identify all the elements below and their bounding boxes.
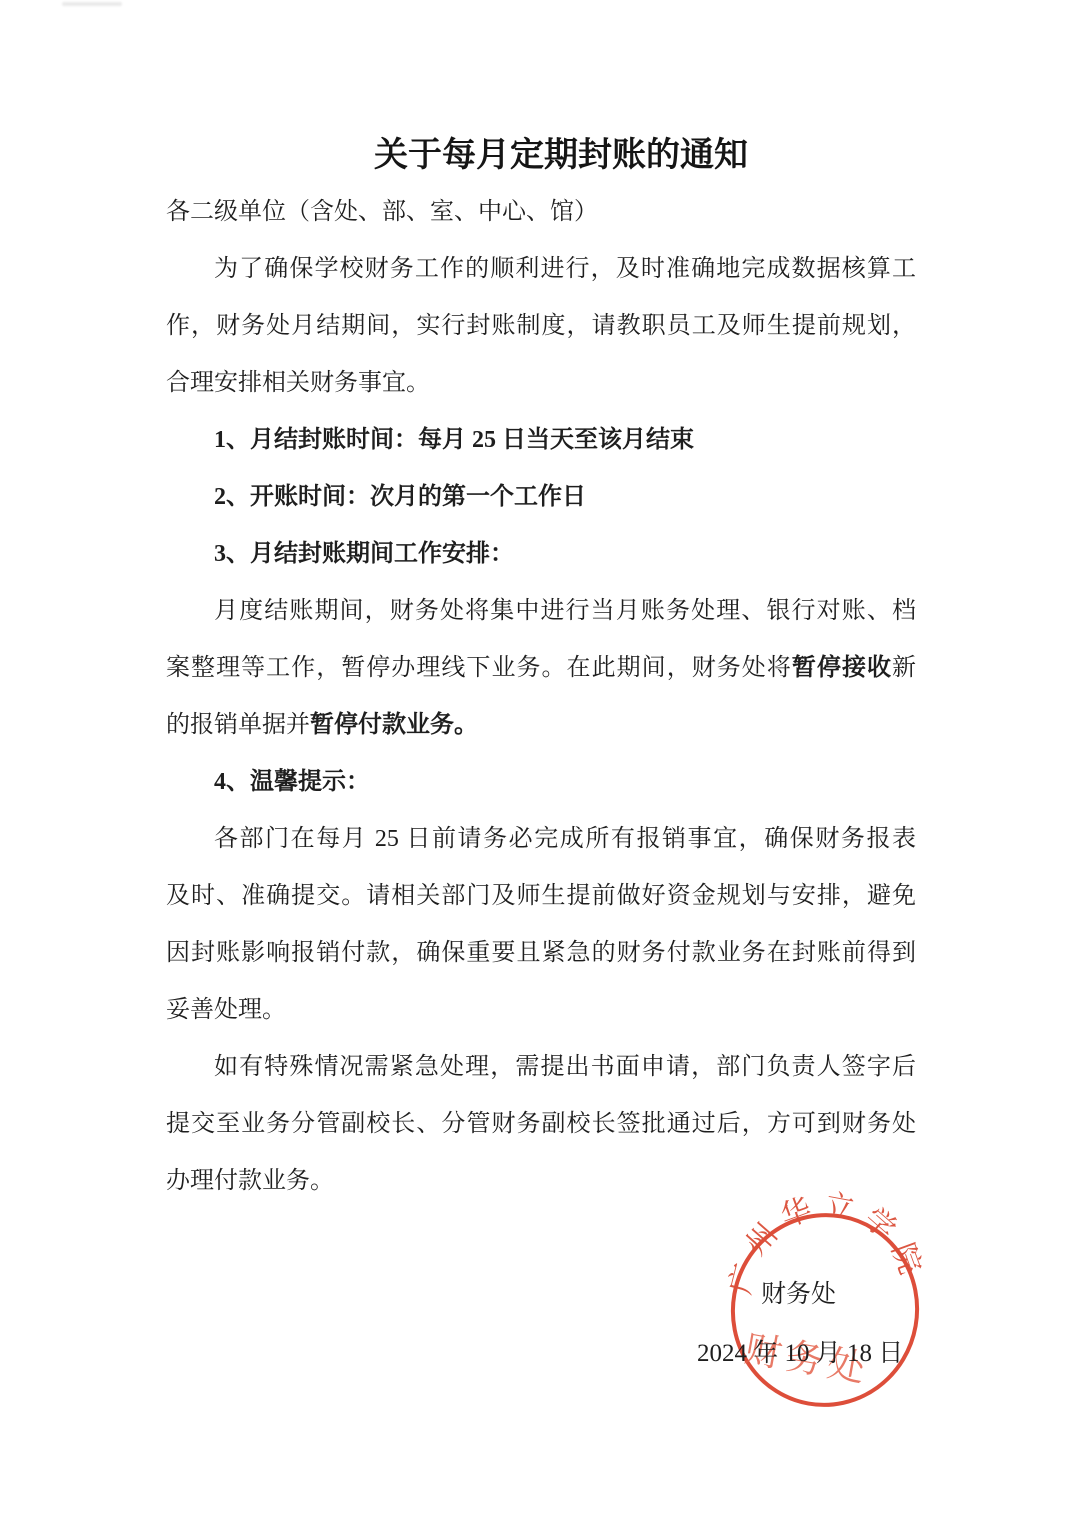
body-line: 妥善处理。 xyxy=(166,982,916,1039)
body-line: 的报销单据并暂停付款业务。 xyxy=(166,697,916,754)
body-text: 新 xyxy=(892,655,916,681)
salutation-line: 各二级单位（含处、部、室、中心、馆） xyxy=(166,184,916,241)
body-line: 及时、准确提交。请相关部门及师生提前做好资金规划与安排，避免 xyxy=(166,868,916,925)
document-page: 关于每月定期封账的通知 各二级单位（含处、部、室、中心、馆） 为了确保学校财务工… xyxy=(0,0,1080,1528)
body-text: 案整理等工作，暂停办理线下业务。在此期间，财务处将 xyxy=(166,655,792,681)
body-line: 月度结账期间，财务处将集中进行当月账务处理、银行对账、档 xyxy=(166,583,916,640)
body-text: 的报销单据并 xyxy=(166,712,310,738)
signature-date: 2024 年 10 月 18 日 xyxy=(697,1325,903,1382)
body-line: 作，财务处月结期间，实行封账制度，请教职员工及师生提前规划， xyxy=(166,298,916,355)
body-line: 案整理等工作，暂停办理线下业务。在此期间，财务处将暂停接收新 xyxy=(166,640,916,697)
body-line: 为了确保学校财务工作的顺利进行，及时准确地完成数据核算工 xyxy=(166,241,916,298)
notice-body: 关于每月定期封账的通知 各二级单位（含处、部、室、中心、馆） 为了确保学校财务工… xyxy=(166,127,916,1210)
body-line: 提交至业务分管副校长、分管财务副校长签批通过后，方可到财务处 xyxy=(166,1096,916,1153)
body-line: 各部门在每月 25 日前请务必完成所有报销事宜，确保财务报表 xyxy=(166,811,916,868)
body-line: 如有特殊情况需紧急处理，需提出书面申请，部门负责人签字后 xyxy=(166,1039,916,1096)
notice-title: 关于每月定期封账的通知 xyxy=(166,127,916,184)
body-line: 合理安排相关财务事宜。 xyxy=(166,355,916,412)
numbered-heading-3: 3、月结封账期间工作安排： xyxy=(166,526,916,583)
body-line: 因封账影响报销付款，确保重要且紧急的财务付款业务在封账前得到 xyxy=(166,925,916,982)
emphasis-bold: 暂停接收 xyxy=(792,655,892,681)
numbered-heading-1: 1、月结封账时间：每月 25 日当天至该月结束 xyxy=(166,412,916,469)
signature-department: 财务处 xyxy=(761,1266,836,1323)
numbered-heading-4: 4、温馨提示： xyxy=(166,754,916,811)
emphasis-bold: 暂停付款业务。 xyxy=(310,712,478,738)
scan-artifact xyxy=(62,2,122,6)
numbered-heading-2: 2、开账时间：次月的第一个工作日 xyxy=(166,469,916,526)
